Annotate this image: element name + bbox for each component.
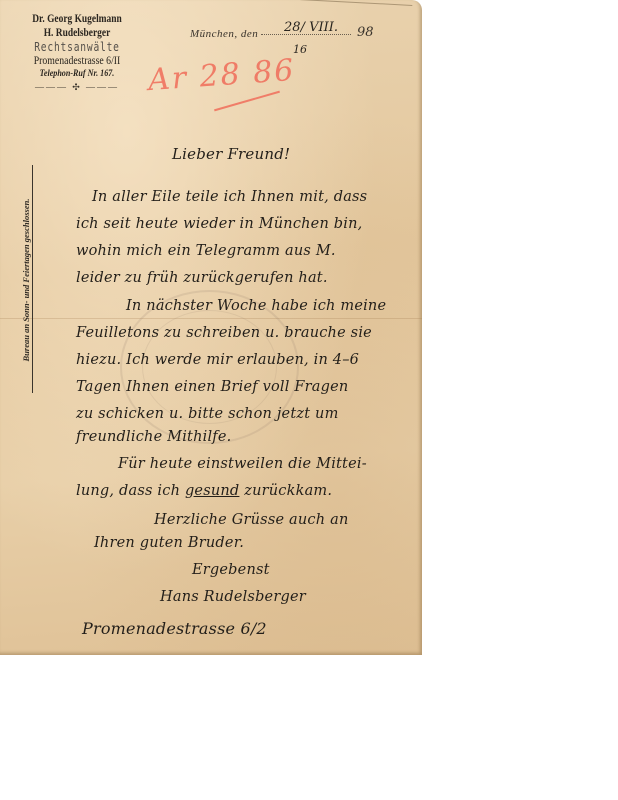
letter-line: hiezu. Ich werde mir erlauben, in 4–6 (76, 352, 359, 368)
letter-line: wohin mich ein Telegramm aus M. (76, 243, 336, 259)
date-correction: 16 (293, 43, 307, 56)
greeting-line: Ihren guten Bruder. (94, 535, 244, 551)
greeting-line: Herzliche Grüsse auch an (154, 512, 348, 528)
letter-line: leider zu früh zurückgerufen hat. (76, 270, 328, 286)
letter-line: In nächster Woche habe ich meine (126, 298, 386, 314)
underlined-word: gesund (185, 483, 239, 499)
letterhead-name-2: H. Rudelsberger (20, 26, 133, 40)
closing: Ergebenst (192, 562, 270, 578)
letterhead: Dr. Georg Kugelmann H. Rudelsberger Rech… (8, 12, 146, 94)
side-notice-text: Bureau an Sonn- und Feiertagen geschloss… (21, 170, 31, 390)
letter-line: Tagen Ihnen einen Brief voll Fragen (76, 379, 348, 395)
return-address: Promenadestrasse 6/2 (82, 619, 267, 638)
letter-line: ich seit heute wieder in München bin, (76, 216, 362, 232)
letter-line: freundliche Mithilfe. (76, 429, 231, 445)
salutation: Lieber Freund! (172, 145, 290, 163)
letterhead-address: Promenadestrasse 6/II (18, 55, 135, 68)
letterhead-telephone: Telephon-Ruf Nr. 167. (18, 68, 135, 80)
ornament-divider-icon: ——— ✣ ——— (8, 80, 146, 94)
letter-line: lung, dass ich gesund zurückkam. (76, 483, 332, 499)
letter-line: Feuilletons zu schreiben u. brauche sie (76, 325, 372, 341)
letterhead-name-1: Dr. Georg Kugelmann (20, 12, 133, 26)
dateline-label: München, den (190, 28, 258, 40)
date-year: 98 (357, 25, 374, 40)
signature: Hans Rudelsberger (160, 589, 306, 605)
red-annotation-stroke (214, 91, 280, 112)
date-month: VIII. (309, 20, 338, 35)
letter-paper: Dr. Georg Kugelmann H. Rudelsberger Rech… (0, 0, 422, 655)
side-notice: Bureau an Sonn- und Feiertagen geschloss… (20, 165, 33, 393)
letterhead-role: Rechtsanwälte (22, 40, 132, 55)
torn-edge (300, 0, 413, 20)
letter-line: zu schicken u. bitte schon jetzt um (76, 406, 339, 422)
date-day: 28/ (284, 20, 305, 35)
date-day-month: 28/ VIII. (284, 20, 338, 35)
letter-line: Für heute einstweilen die Mittei- (118, 456, 367, 472)
letter-line: In aller Eile teile ich Ihnen mit, dass (92, 189, 367, 205)
